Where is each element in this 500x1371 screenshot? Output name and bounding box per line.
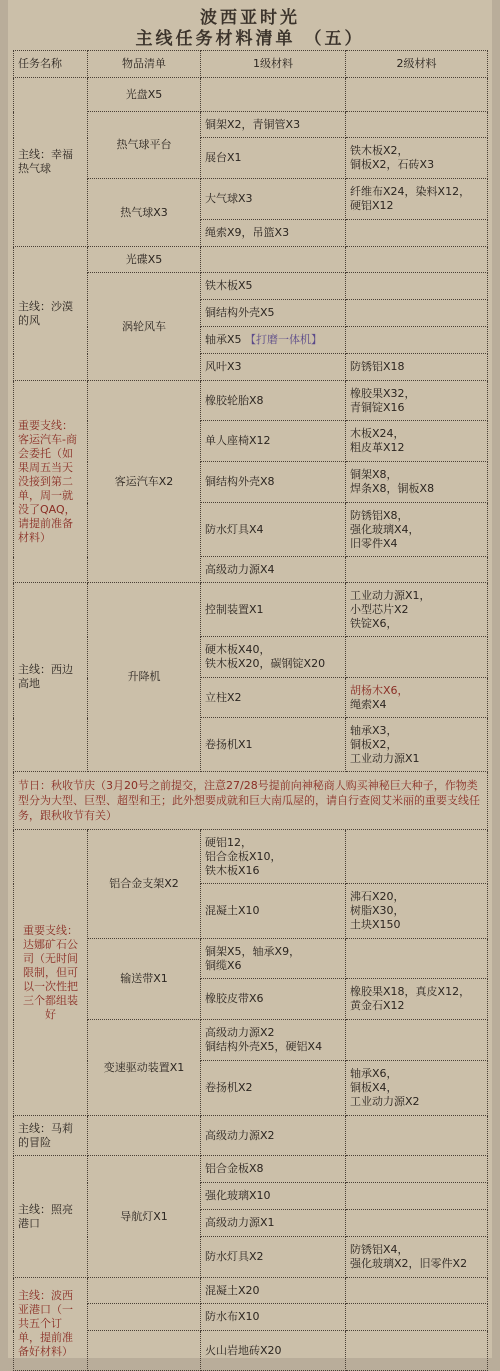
material-l1: 立柱X2	[201, 678, 346, 718]
material-l2: 工业动力源X1， 小型芯片X2 铁锭X6，	[346, 583, 488, 637]
item-cell: 光盘X5	[88, 78, 201, 112]
material-l1	[201, 78, 346, 112]
material-l1: 展台X1	[201, 138, 346, 179]
material-text: 绳索X4	[350, 698, 387, 711]
material-l1: 铁木板X5	[201, 273, 346, 300]
table-row: 主线：沙漠的风 光碟X5	[14, 247, 488, 273]
material-l2	[346, 247, 488, 273]
table-row: 主线：幸福热气球 光盘X5	[14, 78, 488, 112]
table-row: 主线：波西亚港口（一共五个订单，提前准备好材料） 混凝土X20	[14, 1278, 488, 1304]
material-l1: 混凝土X20	[201, 1278, 346, 1304]
tool-note: 【打磨一体机】	[245, 333, 322, 346]
item-cell	[88, 1278, 201, 1304]
material-l2	[346, 1116, 488, 1156]
highlighted-material: 胡杨木X6，	[350, 684, 409, 697]
material-l1: 防水布X10	[201, 1304, 346, 1331]
material-l2	[346, 1020, 488, 1061]
material-l2	[346, 1183, 488, 1210]
material-l1: 绳索X9，吊篮X3	[201, 220, 346, 247]
header-level2-materials: 2级材料	[346, 51, 488, 78]
table-row: 主线：西边高地 升降机 控制装置X1 工业动力源X1， 小型芯片X2 铁锭X6，	[14, 583, 488, 637]
material-l2	[346, 1304, 488, 1331]
material-l1: 硬木板X40， 铁木板X20，碳钢锭X20	[201, 637, 346, 678]
item-cell: 涡轮风车	[88, 273, 201, 381]
material-l1: 铜架X2，青铜管X3	[201, 112, 346, 138]
item-cell	[88, 1331, 201, 1359]
material-l2	[346, 830, 488, 884]
material-l1: 强化玻璃X10	[201, 1183, 346, 1210]
material-l2: 橡胶果X18，真皮X12， 黄金石X12	[346, 979, 488, 1020]
material-l2	[346, 78, 488, 112]
material-l1: 风叶X3	[201, 354, 346, 381]
material-l2	[346, 1156, 488, 1183]
material-l1: 卷扬机X2	[201, 1061, 346, 1116]
table-row: 主线：照亮港口 导航灯X1 铝合金板X8	[14, 1156, 488, 1183]
header-task-name: 任务名称	[14, 51, 88, 78]
material-l2: 沸石X20， 树脂X30， 土块X150	[346, 884, 488, 939]
table-header-row: 任务名称 物品清单 1级材料 2级材料	[14, 51, 488, 78]
material-l1	[201, 247, 346, 273]
materials-table: 任务名称 物品清单 1级材料 2级材料 主线：幸福热气球 光盘X5 热气球平台 …	[13, 50, 488, 1358]
material-l1: 控制装置X1	[201, 583, 346, 637]
material-l2	[346, 273, 488, 300]
header-item-list: 物品清单	[88, 51, 201, 78]
material-text: 轴承X5	[205, 333, 242, 346]
item-cell: 客运汽车X2	[88, 381, 201, 583]
festival-note-row: 节日：秋收节庆（3月20号之前提交，注意27/28号提前向神秘商人购买神秘巨大种…	[14, 772, 488, 830]
material-l2: 木板X24， 粗皮革X12	[346, 421, 488, 462]
item-cell: 输送带X1	[88, 939, 201, 1020]
item-cell: 变速驱动装置X1	[88, 1020, 201, 1116]
item-cell: 光碟X5	[88, 247, 201, 273]
item-cell: 铝合金支架X2	[88, 830, 201, 939]
material-l1: 高级动力源X1	[201, 1210, 346, 1237]
item-cell: 热气球平台	[88, 112, 201, 179]
task-name: 主线：沙漠的风	[14, 247, 88, 381]
material-l1: 铝合金板X8	[201, 1156, 346, 1183]
material-l1: 卷扬机X1	[201, 718, 346, 772]
item-cell	[88, 1116, 201, 1156]
material-l2	[346, 557, 488, 583]
material-l1: 防水灯具X4	[201, 503, 346, 557]
table-row: 重要支线：客运汽车-商会委托（如果周五当天没接到第二单，周一就没了QAQ，请提前…	[14, 381, 488, 421]
material-l2: 防锈铝X8， 强化玻璃X4， 旧零件X4	[346, 503, 488, 557]
task-name: 主线：波西亚港口（一共五个订单，提前准备好材料）	[14, 1278, 88, 1359]
item-cell	[88, 1304, 201, 1331]
material-l2	[346, 1278, 488, 1304]
material-l1: 铜结构外壳X5	[201, 300, 346, 327]
page-title: 主线任务材料清单 （五）	[0, 24, 500, 49]
material-l2: 防锈铝X18	[346, 354, 488, 381]
material-l1: 高级动力源X2 铜结构外壳X5，硬铝X4	[201, 1020, 346, 1061]
material-l2: 轴承X3， 铜板X2， 工业动力源X1	[346, 718, 488, 772]
item-cell: 热气球X3	[88, 179, 201, 247]
material-l2	[346, 637, 488, 678]
festival-note: 节日：秋收节庆（3月20号之前提交，注意27/28号提前向神秘商人购买神秘巨大种…	[14, 772, 488, 830]
material-l1: 铜架X5，轴承X9， 铜缆X6	[201, 939, 346, 979]
material-l1: 单人座椅X12	[201, 421, 346, 462]
item-cell: 导航灯X1	[88, 1156, 201, 1278]
table-row: 主线：马莉的冒险 高级动力源X2	[14, 1116, 488, 1156]
material-l2	[346, 939, 488, 979]
task-name: 主线：马莉的冒险	[14, 1116, 88, 1156]
table-row: 重要支线：达娜矿石公司（无时间限制，但可以一次性把三个都组装好 铝合金支架X2 …	[14, 830, 488, 884]
item-cell: 升降机	[88, 583, 201, 772]
material-l2: 铁木板X2， 铜板X2，石砖X3	[346, 138, 488, 179]
material-l2: 铜架X8， 焊条X8，铜板X8	[346, 462, 488, 503]
material-l2	[346, 112, 488, 138]
material-l1: 铜结构外壳X8	[201, 462, 346, 503]
material-l2	[346, 327, 488, 354]
material-l2	[346, 220, 488, 247]
header-level1-materials: 1级材料	[201, 51, 346, 78]
task-name: 重要支线：客运汽车-商会委托（如果周五当天没接到第二单，周一就没了QAQ，请提前…	[14, 381, 88, 583]
material-l1: 火山岩地砖X20	[201, 1331, 346, 1359]
material-l1: 硬铝12， 铝合金板X10， 铁木板X16	[201, 830, 346, 884]
material-l2	[346, 1210, 488, 1237]
task-name: 主线：西边高地	[14, 583, 88, 772]
material-l2: 橡胶果X32， 青铜锭X16	[346, 381, 488, 421]
material-l1: 橡胶皮带X6	[201, 979, 346, 1020]
material-l1: 高级动力源X2	[201, 1116, 346, 1156]
task-name: 重要支线：达娜矿石公司（无时间限制，但可以一次性把三个都组装好	[14, 830, 88, 1116]
material-l2	[346, 1331, 488, 1359]
material-l1: 防水灯具X2	[201, 1237, 346, 1278]
task-name: 主线：幸福热气球	[14, 78, 88, 247]
task-name: 主线：照亮港口	[14, 1156, 88, 1278]
material-l1: 混凝土X10	[201, 884, 346, 939]
material-l2: 防锈铝X4， 强化玻璃X2，旧零件X2	[346, 1237, 488, 1278]
material-l2: 胡杨木X6，绳索X4	[346, 678, 488, 718]
material-l2: 纤维布X24，染料X12， 硬铝X12	[346, 179, 488, 220]
material-l2	[346, 300, 488, 327]
material-l2: 轴承X6， 铜板X4， 工业动力源X2	[346, 1061, 488, 1116]
material-l1: 大气球X3	[201, 179, 346, 220]
material-l1: 高级动力源X4	[201, 557, 346, 583]
material-l1: 轴承X5 【打磨一体机】	[201, 327, 346, 354]
material-l1: 橡胶轮胎X8	[201, 381, 346, 421]
